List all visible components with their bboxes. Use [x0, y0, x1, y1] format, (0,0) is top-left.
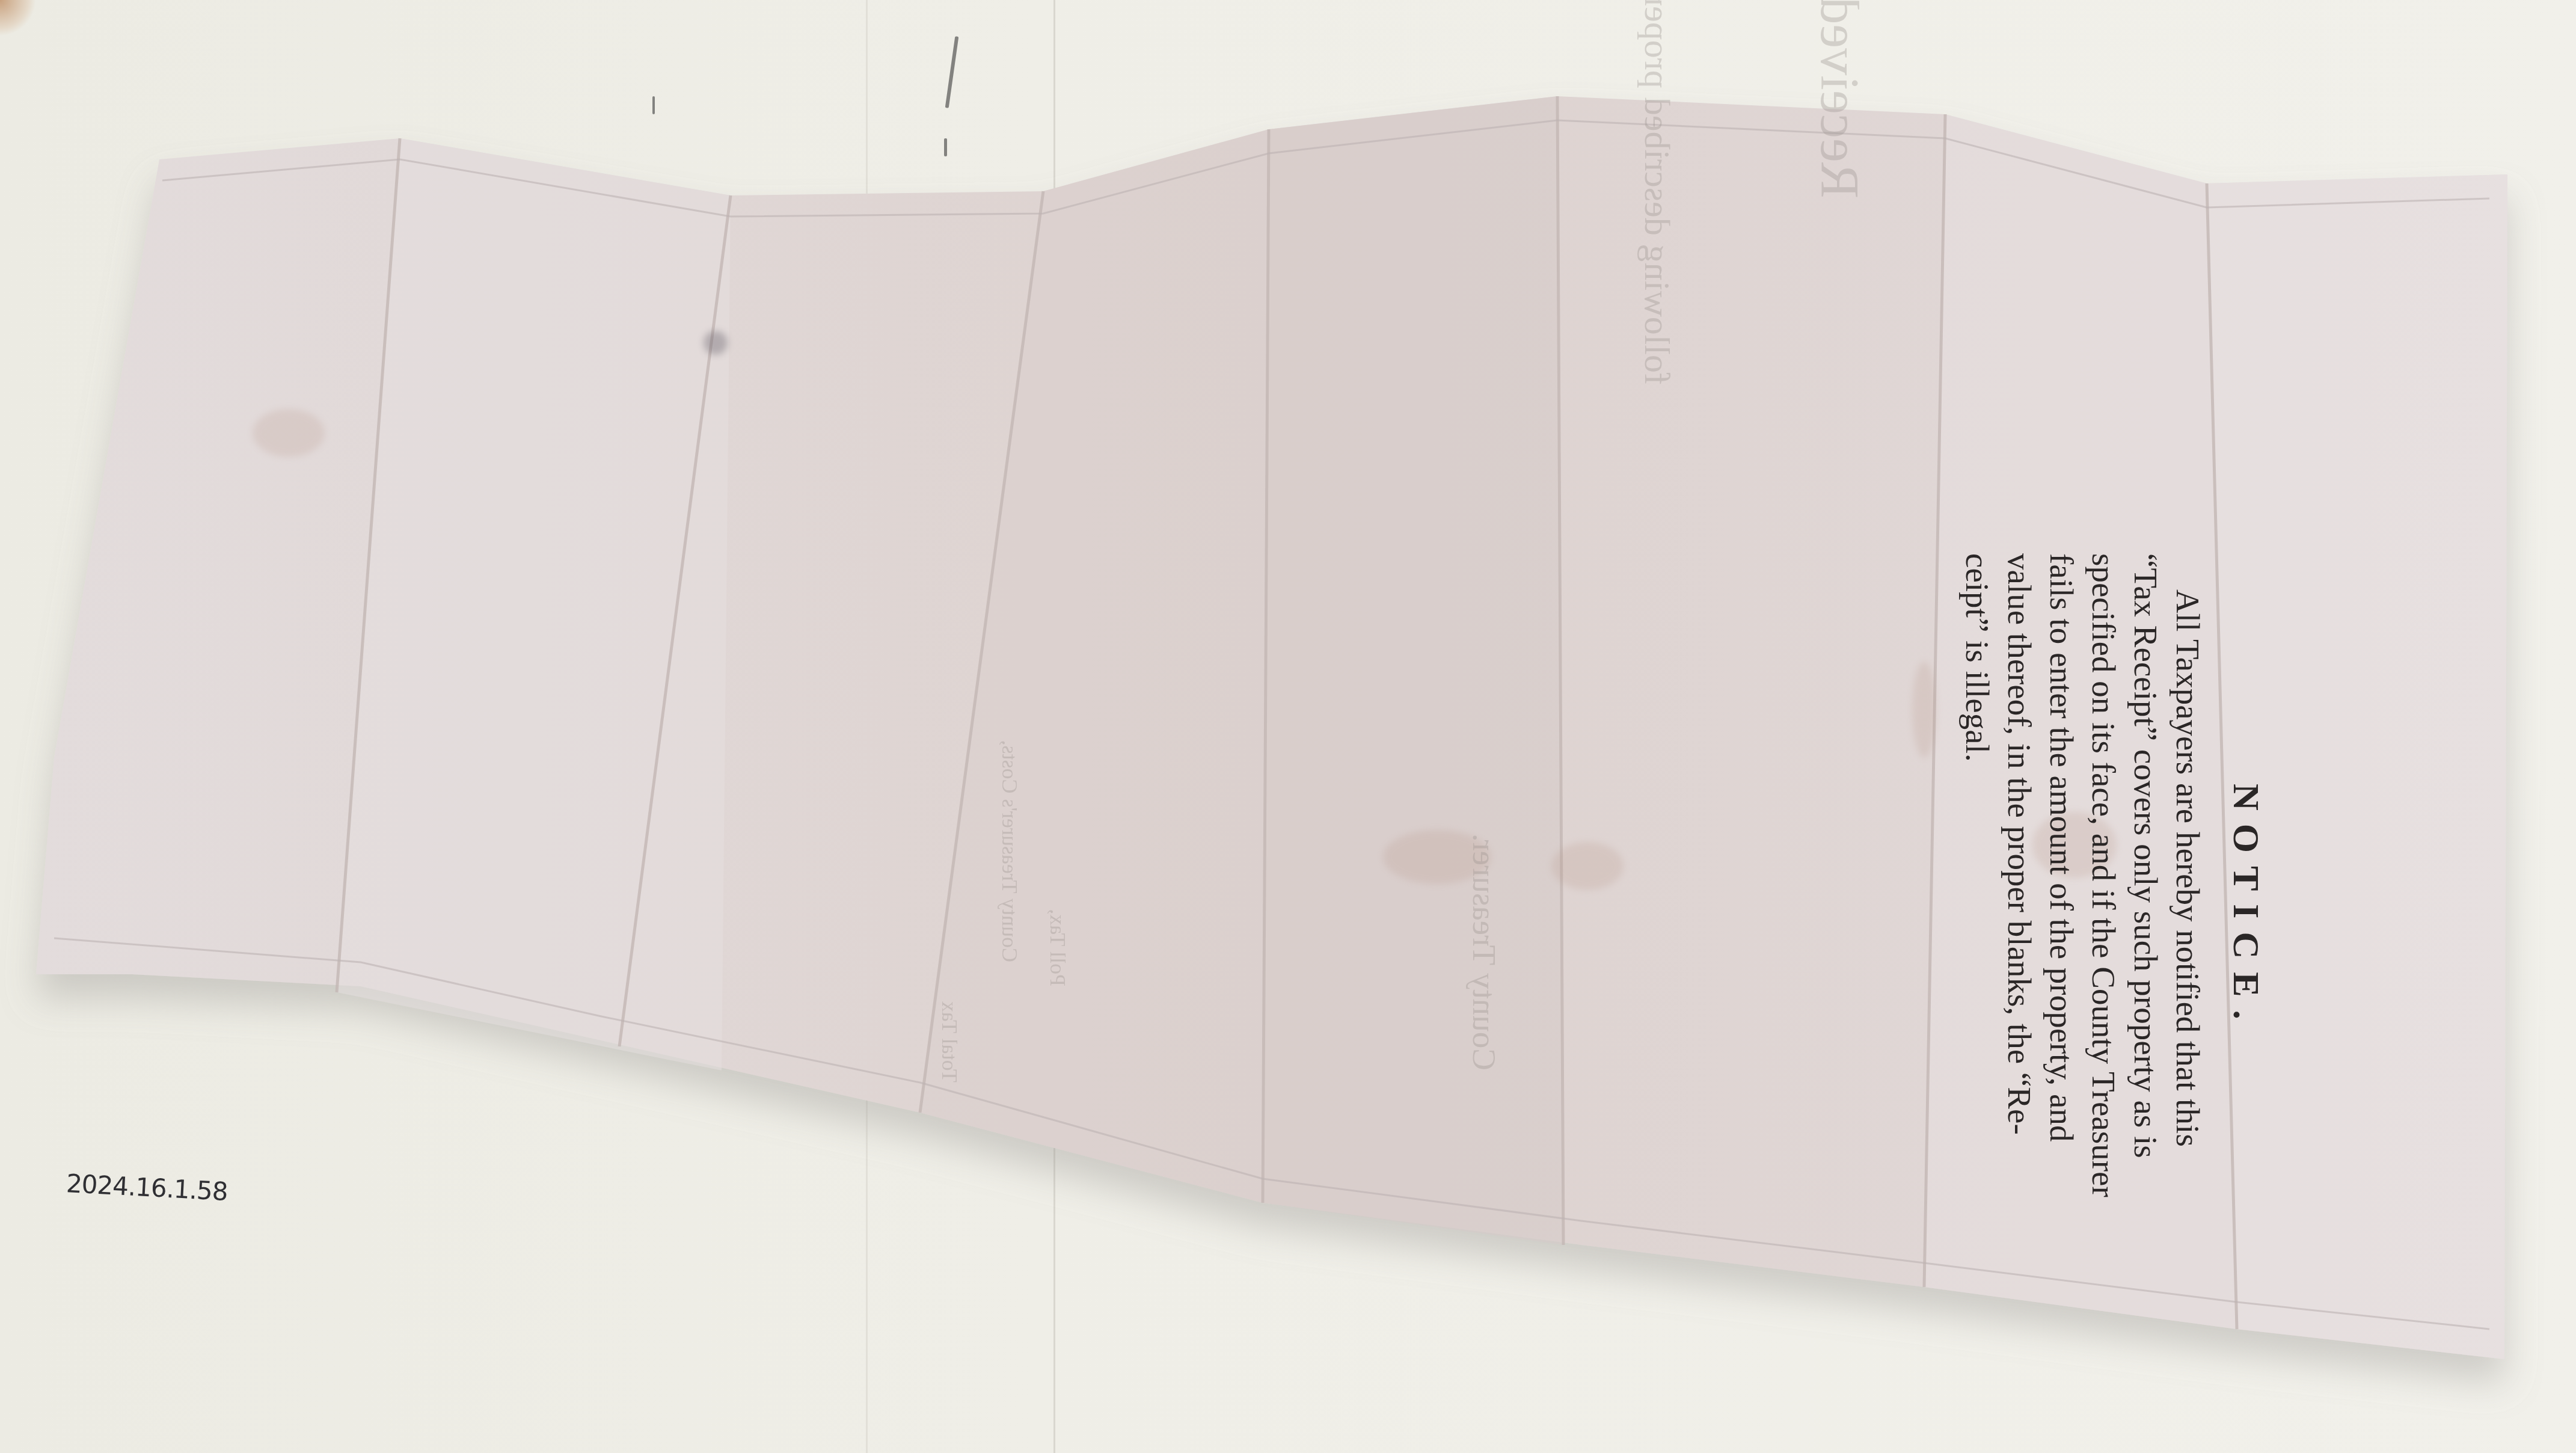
notice-line: “Tax Receipt” covers only such property …: [2124, 553, 2167, 1263]
bleed-through-received-from: Received from: [1808, 0, 1870, 198]
bleed-through-poll-tax: Poll Tax,: [1045, 909, 1070, 986]
notice-line: All Taxpayers are hereby notified that t…: [2167, 553, 2209, 1263]
stain: [1912, 662, 1936, 758]
notice-line: fails to enter the amount of the propert…: [2040, 553, 2082, 1263]
tax-receipt-document: Received from following described proper…: [0, 0, 2576, 1453]
bleed-through-county-treasurer: County Treasurer.: [1465, 834, 1503, 1071]
stain: [1551, 842, 1624, 890]
bleed-through-treasurer-costs: County Treasurer's Costs,: [997, 740, 1022, 962]
bleed-through-following-described: following described property for the yea…: [1636, 0, 1678, 385]
notice-line: specified on its face, and if the County…: [2082, 553, 2124, 1263]
notice-line: ceipt” is illegal.: [1956, 553, 1998, 1263]
stain: [253, 409, 325, 457]
notice-line: value thereof, in the proper blanks, the…: [1998, 553, 2040, 1263]
stain: [704, 331, 728, 355]
notice-block: NOTICE. All Taxpayers are hereby notifie…: [1956, 553, 2267, 1263]
bleed-through-total: Total Tax: [937, 1001, 962, 1083]
notice-title: NOTICE.: [2224, 553, 2267, 1263]
